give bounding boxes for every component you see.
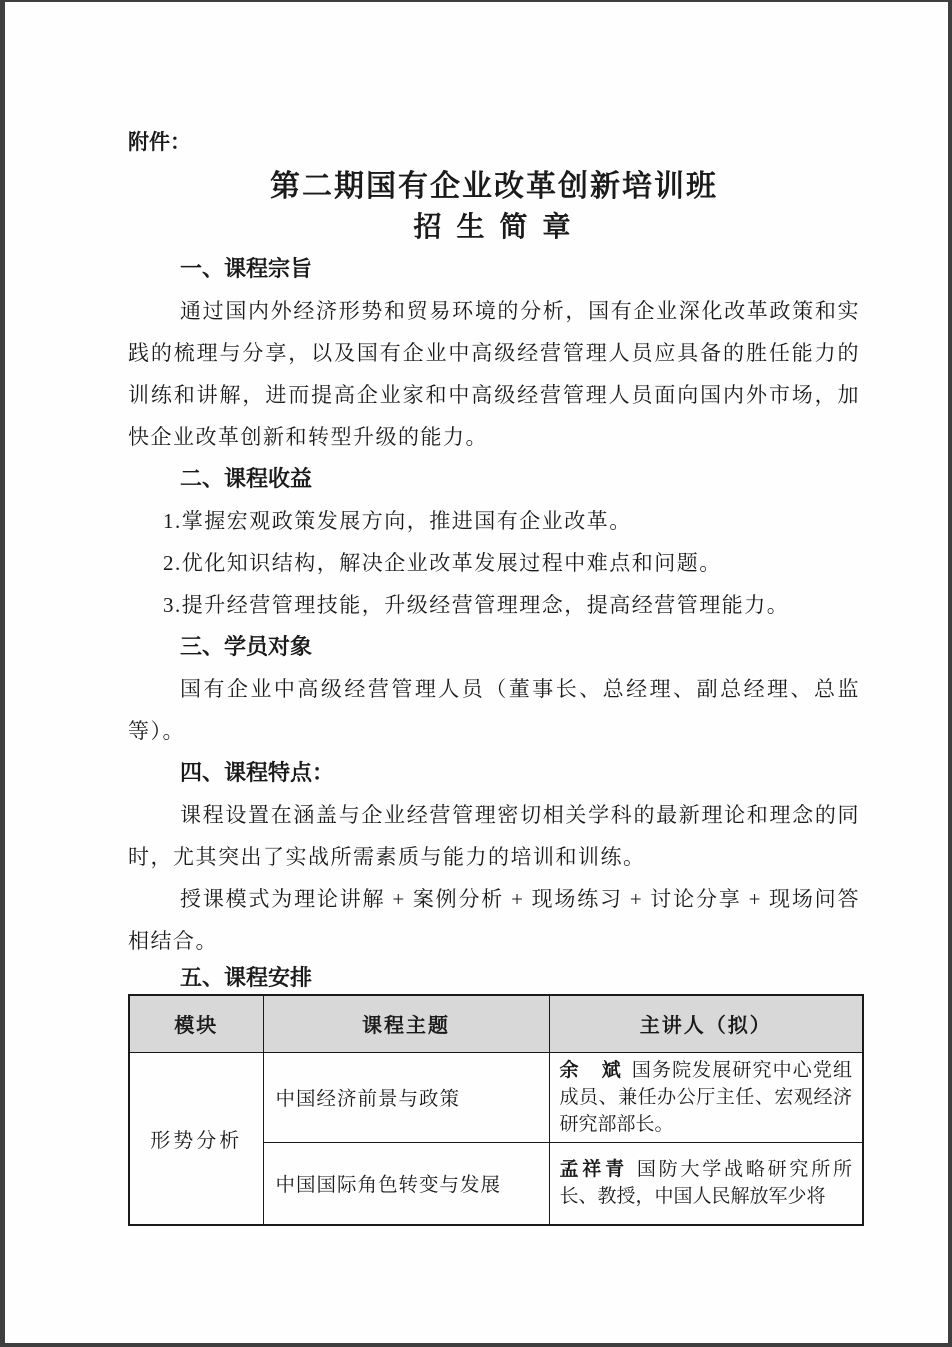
document-subtitle: 招 生 简 章	[128, 208, 860, 248]
benefit-item-3: 3.提升经营管理技能，升级经营管理理念，提高经营管理能力。	[163, 584, 860, 626]
speaker-name-row-2: 孟祥青	[560, 1159, 628, 1180]
document-title: 第二期国有企业改革创新培训班	[128, 166, 860, 208]
section-heading-course-purpose: 一、课程宗旨	[180, 248, 860, 290]
column-header-speaker: 主讲人（拟）	[549, 995, 863, 1052]
attachment-label: 附件：	[128, 128, 860, 158]
table-header-row: 模块 课程主题 主讲人（拟）	[129, 995, 863, 1052]
speaker-cell-row-1: 余 斌国务院发展研究中心党组成员、兼任办公厅主任、宏观经济研究部部长。	[549, 1052, 863, 1142]
course-features-paragraph-2: 授课模式为理论讲解 + 案例分析 + 现场练习 + 讨论分享 + 现场问答相结合…	[128, 878, 860, 962]
target-students-paragraph: 国有企业中高级经营管理人员（董事长、总经理、副总经理、总监等）。	[128, 668, 860, 752]
section-heading-course-features: 四、课程特点：	[180, 752, 860, 794]
column-header-topic: 课程主题	[263, 995, 549, 1052]
section-heading-course-benefits: 二、课程收益	[180, 458, 860, 500]
course-schedule-table: 模块 课程主题 主讲人（拟） 形势分析 中国经济前景与政策 余 斌国务院发展研究…	[128, 994, 864, 1226]
page-content: 附件： 第二期国有企业改革创新培训班 招 生 简 章 一、课程宗旨 通过国内外经…	[5, 2, 948, 1226]
column-header-module: 模块	[129, 995, 263, 1052]
benefit-item-1: 1.掌握宏观政策发展方向，推进国有企业改革。	[163, 500, 860, 542]
section-heading-target-students: 三、学员对象	[180, 626, 860, 668]
benefit-item-2: 2.优化知识结构，解决企业改革发展过程中难点和问题。	[163, 542, 860, 584]
topic-cell-row-2: 中国国际角色转变与发展	[263, 1142, 549, 1225]
table-row-1: 形势分析 中国经济前景与政策 余 斌国务院发展研究中心党组成员、兼任办公厅主任、…	[129, 1052, 863, 1142]
course-features-paragraph-1: 课程设置在涵盖与企业经营管理密切相关学科的最新理论和理念的同时，尤其突出了实战所…	[128, 794, 860, 878]
module-cell-situation-analysis: 形势分析	[129, 1052, 263, 1225]
section-heading-course-schedule: 五、课程安排	[180, 962, 860, 994]
speaker-name-row-1: 余 斌	[560, 1060, 623, 1081]
topic-cell-row-1: 中国经济前景与政策	[263, 1052, 549, 1142]
document-page: 附件： 第二期国有企业改革创新培训班 招 生 简 章 一、课程宗旨 通过国内外经…	[0, 0, 952, 1347]
speaker-cell-row-2: 孟祥青国防大学战略研究所所长、教授，中国人民解放军少将	[549, 1142, 863, 1225]
course-purpose-paragraph: 通过国内外经济形势和贸易环境的分析，国有企业深化改革政策和实践的梳理与分享，以及…	[128, 290, 860, 458]
